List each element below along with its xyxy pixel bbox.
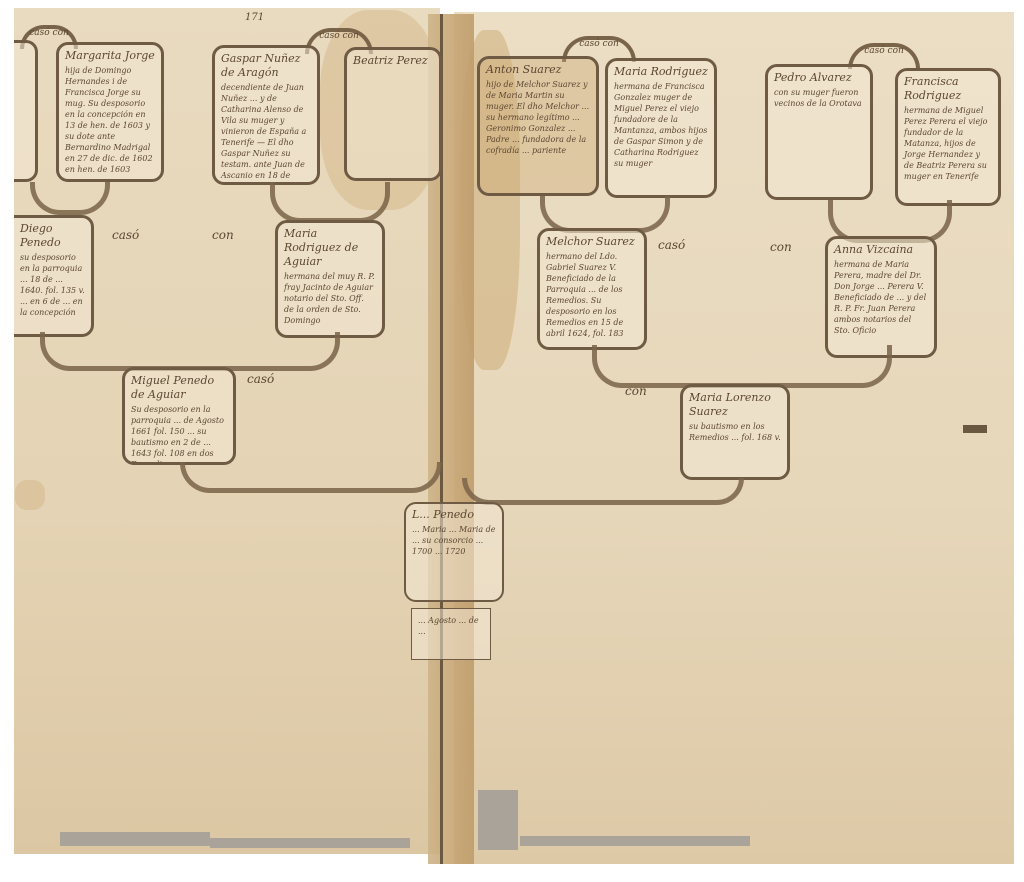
lineage-connector xyxy=(180,462,442,493)
person-box-margarita: Margarita Jorge hija de Domingo Hernande… xyxy=(56,42,164,182)
lineage-connector xyxy=(40,332,340,371)
caso-label: casó xyxy=(658,238,685,252)
person-notes: hermana de Francisca Gonzalez muger de M… xyxy=(614,81,708,169)
person-name: Maria Rodriguez de Aguiar xyxy=(284,227,376,269)
person-box-melchor: Melchor Suarez hermano del Ldo. Gabriel … xyxy=(537,228,647,350)
person-name: Beatriz Perez xyxy=(353,54,433,68)
person-notes: hermana del muy R. P. fray Jacinto de Ag… xyxy=(284,271,376,326)
con-label: con xyxy=(212,228,234,242)
lineage-connector xyxy=(270,182,390,223)
stain xyxy=(15,480,45,510)
person-box-gaspar: Gaspar Nuñez de Aragón decendiente de Ju… xyxy=(212,45,320,185)
person-name: Anton Suarez xyxy=(486,63,590,77)
con-label: con xyxy=(625,384,647,398)
person-box-beatriz: Beatriz Perez xyxy=(344,47,442,181)
person-box-descendant: L... Penedo ... Maria ... Maria de ... s… xyxy=(404,502,504,602)
person-box-maria-rodriguez: Maria Rodriguez hermana de Francisca Gon… xyxy=(605,58,717,198)
torn-edge xyxy=(60,832,210,846)
caso-label: casó xyxy=(112,228,139,242)
caso-con-label: casó con xyxy=(852,46,916,56)
person-name: Maria Lorenzo Suarez xyxy=(689,391,781,419)
person-notes: Su desposorio en la parroquia ... de Ago… xyxy=(131,404,227,465)
person-name: Miguel Penedo de Aguiar xyxy=(131,374,227,402)
person-notes: su bautismo en los Remedios ... fol. 168… xyxy=(689,421,781,443)
person-box-anton: Anton Suarez hijo de Melchor Suarez y de… xyxy=(477,56,599,196)
person-name: Margarita Jorge xyxy=(65,49,155,63)
page-number: 171 xyxy=(245,12,264,23)
person-name: Gaspar Nuñez de Aragón xyxy=(221,52,311,80)
person-name: L... Penedo xyxy=(412,508,496,522)
person-name: Melchor Suarez xyxy=(546,235,638,249)
person-notes: hermana de Miguel Perez Perera el viejo … xyxy=(904,105,992,182)
person-box-miguel: Miguel Penedo de Aguiar Su desposorio en… xyxy=(122,367,236,465)
lineage-connector xyxy=(462,478,744,505)
caso-con-label: casó con xyxy=(24,28,74,38)
note-text: ... Agosto ... de ... xyxy=(418,615,484,637)
person-notes: hermano del Ldo. Gabriel Suarez V. Benef… xyxy=(546,251,638,339)
caso-label: casó xyxy=(247,372,274,386)
person-box-pedro: Pedro Alvarez con su muger fueron vecino… xyxy=(765,64,873,200)
note-box: ... Agosto ... de ... xyxy=(411,608,491,660)
person-name: Diego Penedo xyxy=(20,222,85,250)
person-box-partial xyxy=(14,40,38,182)
caso-con-label: casó con xyxy=(309,31,369,41)
person-notes: hija de Domingo Hernandes i de Francisca… xyxy=(65,65,155,175)
person-notes: hijo de Melchor Suarez y de Maria Martin… xyxy=(486,79,590,156)
person-notes: ... Maria ... Maria de ... su consorcio … xyxy=(412,524,496,557)
person-name: Pedro Alvarez xyxy=(774,71,864,85)
person-notes: hermana de Maria Perera, madre del Dr. D… xyxy=(834,259,928,336)
torn-edge xyxy=(478,790,518,850)
paper-fragment xyxy=(963,425,987,433)
person-box-francisca: Francisca Rodriguez hermana de Miguel Pe… xyxy=(895,68,1001,206)
con-label: con xyxy=(770,240,792,254)
torn-edge xyxy=(520,836,750,846)
person-notes: su desposorio en la parroquia ... 18 de … xyxy=(20,252,85,318)
person-name: Maria Rodriguez xyxy=(614,65,708,79)
person-box-maria-aguiar: Maria Rodriguez de Aguiar hermana del mu… xyxy=(275,220,385,338)
person-name: Anna Vizcaina xyxy=(834,243,928,257)
person-box-anna: Anna Vizcaina hermana de Maria Perera, m… xyxy=(825,236,937,358)
person-notes: decendiente de Juan Nuñez ... y de Catha… xyxy=(221,82,311,185)
person-notes: con su muger fueron vecinos de la Orotav… xyxy=(774,87,864,109)
torn-edge xyxy=(210,838,410,848)
person-name: Francisca Rodriguez xyxy=(904,75,992,103)
person-box-diego: Diego Penedo su desposorio en la parroqu… xyxy=(14,215,94,337)
person-box-maria-lorenzo: Maria Lorenzo Suarez su bautismo en los … xyxy=(680,384,790,480)
lineage-connector xyxy=(592,345,892,388)
caso-con-label: casó con xyxy=(566,39,632,49)
